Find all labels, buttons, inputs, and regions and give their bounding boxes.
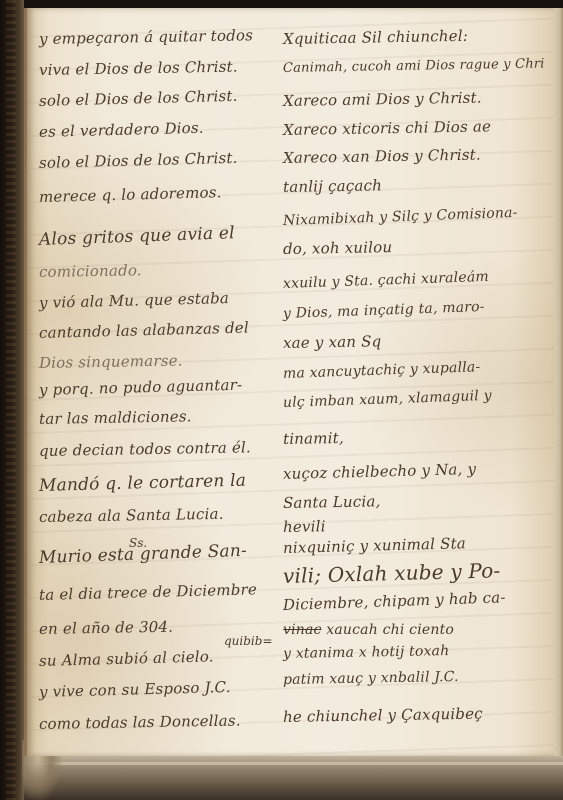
text-line: Canimah, cucoh ami Dios rague y Chri [283, 56, 545, 76]
text-line: comicionado. [39, 261, 142, 281]
book-spine [0, 0, 24, 800]
manuscript-scan: y empeçaron á quitar todos viva el Dios … [0, 0, 563, 800]
text-line: he chiunchel y Çaxquibeç [283, 705, 483, 726]
text-line: como todas las Doncellas. [39, 711, 241, 733]
text-line: do, xoh xuilou [283, 238, 393, 258]
text-line: ma xancuytachiç y xupalla- [283, 359, 481, 382]
text-line: cantando las alabanzas del [39, 319, 249, 342]
text-line: Xareco xan Dios y Christ. [283, 146, 481, 167]
text-line: solo el Dios de los Christ. [39, 87, 238, 110]
text-line: y empeçaron á quitar todos [39, 26, 253, 48]
text-line: ulç imban xaum, xlamaguil y [283, 388, 492, 411]
text-line: Xquiticaa Sil chiunchel: [283, 27, 468, 48]
page-fore-edge [554, 8, 563, 768]
text-line: Alos gritos que avia el [39, 223, 235, 250]
text-line: Xareco ami Dios y Christ. [283, 89, 482, 110]
text-line: solo el Dios de los Christ. [39, 149, 238, 172]
text-line: tar las maldiciones. [39, 407, 192, 428]
text-line: Xareco xticoris chi Dios ae [283, 117, 491, 139]
text-line: vili; Oxlah xube y Po- [283, 558, 501, 588]
interlinear-note: quibib= [224, 634, 273, 648]
text-line: Santa Lucia, [283, 492, 381, 512]
text-line: xxuilu y Sta. çachi xuraleám [283, 269, 489, 292]
text-line: Mandó q. le cortaren la [39, 471, 247, 496]
text-line: y vió ala Mu. que estaba [39, 289, 230, 312]
text-line: en el año de 304. [39, 618, 173, 638]
text-line: es el verdadero Dios. [39, 119, 204, 141]
text-line: que decian todos contra él. [39, 438, 251, 460]
text-line: Nixamibixah y Silç y Comisiona- [283, 205, 518, 229]
lower-leaves [24, 756, 563, 800]
text-line: xaucah chi ciento [326, 622, 454, 638]
text-line: nixquiniç y xunimal Sta [283, 534, 466, 557]
text-line: Murio esta grande San- [39, 541, 248, 568]
text-line: cabeza ala Santa Lucia. [39, 505, 224, 526]
text-line: tinamit, [283, 429, 344, 448]
text-line: xuçoz chielbecho y Na, y [283, 460, 477, 483]
text-line: y porq. no pudo aguantar- [39, 376, 243, 399]
text-line: hevili [283, 517, 326, 536]
text-line: Dios sinquemarse. [39, 351, 183, 372]
text-line: xae y xan Sq [283, 332, 382, 352]
manuscript-page: y empeçaron á quitar todos viva el Dios … [24, 8, 554, 756]
struck-word: vinac [283, 622, 322, 638]
text-line: y vive con su Esposo J.C. [39, 678, 231, 701]
text-line: merece q. lo adoremos. [39, 183, 222, 206]
text-line: ta el dia trece de Diciembre [39, 580, 257, 604]
text-line: patim xauç y xnbalil J.C. [283, 669, 459, 688]
text-line: su Alma subió al cielo. [39, 647, 214, 670]
text-line: viva el Dios de los Christ. [39, 58, 238, 79]
text-line: tanlij çaçach [283, 176, 382, 196]
text-line: Diciembre, chipam y hab ca- [283, 588, 506, 614]
text-line-with-strike: vinac xaucah chi ciento [283, 622, 454, 638]
text-line: y xtanima x hotij toxah [283, 643, 450, 662]
text-line: y Dios, ma inçatig ta, maro- [283, 299, 485, 322]
